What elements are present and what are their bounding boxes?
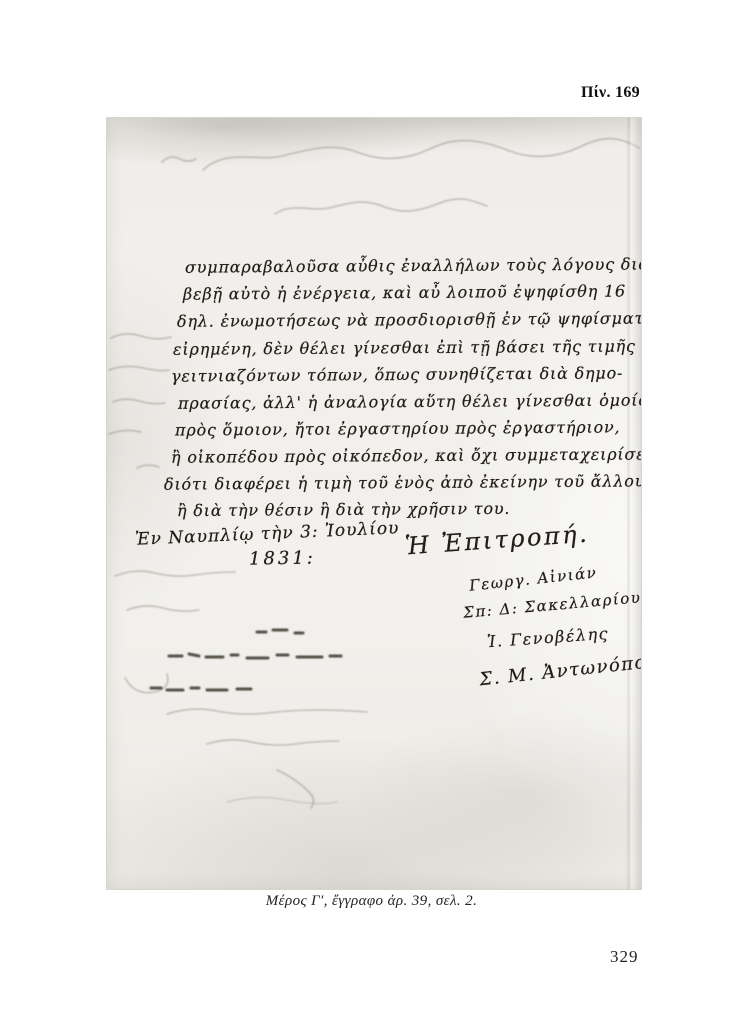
handwriting-line: γειτνιαζόντων τόπων, ὅπως συνηθίζεται δι… — [171, 363, 623, 385]
plate-label: Πίν. 169 — [581, 84, 640, 102]
handwriting-line: πρασίας, ἀλλ' ἡ ἀναλογία αὕτη θέλει γίνε… — [178, 390, 642, 413]
manuscript-scan: συμπαραβαλοῦσα αὖθις ἐναλλήλων τοὺς λόγο… — [106, 117, 642, 890]
handwriting-line: βεβῇ αὐτὸ ἡ ἐνέργεια, καὶ αὖ λοιποῦ ἐψηφ… — [183, 281, 626, 303]
handwriting-line: διότι διαφέρει ἡ τιμὴ τοῦ ἑνὸς ἀπὸ ἐκείν… — [164, 471, 642, 493]
handwriting-line: δηλ. ἐνωμοτήσεως νὰ προσδιορισθῇ ἐν τῷ ψ… — [177, 308, 642, 331]
page-number: 329 — [610, 947, 639, 967]
figure-caption: Μέρος Γ′, ἔγγραφο ἀρ. 39, σελ. 2. — [0, 893, 743, 910]
paper-edge — [631, 118, 641, 889]
handwriting-line: συμπαραβαλοῦσα αὖθις ἐναλλήλων τοὺς λόγο… — [185, 254, 642, 276]
handwriting-line: ἢ οἰκοπέδου πρὸς οἰκόπεδον, καὶ ὄχι συμμ… — [171, 444, 642, 467]
handwriting-line: εἰρημένη, δὲν θέλει γίνεσθαι ἐπὶ τῇ βάσε… — [173, 336, 642, 359]
manuscript-year: 1831: — [249, 547, 316, 569]
handwriting-line: πρὸς ὅμοιον, ἤτοι ἐργαστηρίου πρὸς ἐργασ… — [175, 417, 621, 439]
book-page: { "page": { "plate_label": "Πίν. 169", "… — [0, 0, 743, 1027]
paper-fold-line — [627, 118, 630, 889]
handwriting-line: ἢ διὰ τὴν θέσιν ἢ διὰ τὴν χρῆσιν του. — [177, 499, 510, 520]
